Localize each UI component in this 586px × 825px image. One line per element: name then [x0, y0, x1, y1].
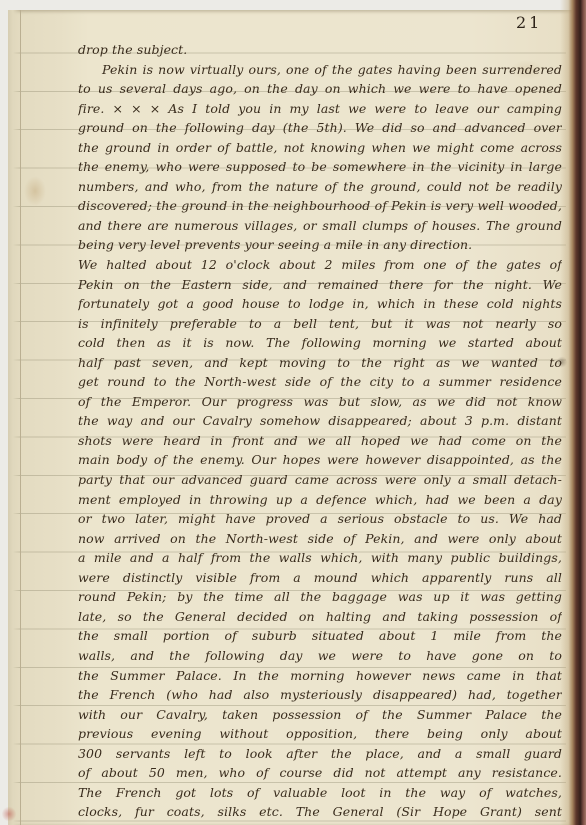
manuscript-line: and there are numerous villages, or smal…: [78, 216, 562, 236]
manuscript-line: the French (who had also mysteriously di…: [78, 685, 562, 705]
manuscript-line: to us several days ago, on the day on wh…: [78, 79, 562, 99]
manuscript-line: main body of the enemy. Our hopes were h…: [78, 450, 562, 470]
manuscript-line: Pekin is now virtually ours, one of the …: [78, 60, 562, 80]
manuscript-line: previous evening without opposition, the…: [78, 724, 562, 744]
manuscript-line: fire. × × × As I told you in my last we …: [78, 99, 562, 119]
manuscript-line: ground on the following day (the 5th). W…: [78, 118, 562, 138]
manuscript-line: The French got lots of valuable loot in …: [78, 783, 562, 803]
manuscript-line: of the Emperor. Our progress was but slo…: [78, 392, 562, 412]
binding-gutter: [8, 10, 21, 825]
manuscript-line: the way and our Cavalry somehow disappea…: [78, 411, 562, 431]
manuscript-line: now arrived on the North-west side of Pe…: [78, 529, 562, 549]
manuscript-line: clocks, fur coats, silks etc. The Genera…: [78, 802, 562, 822]
page-number: 21: [516, 13, 556, 32]
manuscript-line: or two later, might have proved a seriou…: [78, 509, 562, 529]
manuscript-line: party that our advanced guard came acros…: [78, 470, 562, 490]
manuscript-line: cold then as it is now. The following mo…: [78, 333, 562, 353]
manuscript-line: shots were heard in front and we all hop…: [78, 431, 562, 451]
manuscript-line: We halted about 12 o'clock about 2 miles…: [78, 255, 562, 275]
manuscript-line: half past seven, and kept moving to the …: [78, 353, 562, 373]
manuscript-line: the Summer Palace. In the morning howeve…: [78, 666, 562, 686]
manuscript-line: of about 50 men, who of course did not a…: [78, 763, 562, 783]
manuscript-line: walls, and the following day we were to …: [78, 646, 562, 666]
manuscript-line: numbers, and who, from the nature of the…: [78, 177, 562, 197]
manuscript-line: ment employed in throwing up a defence w…: [78, 490, 562, 510]
manuscript-line: get round to the North-west side of the …: [78, 372, 562, 392]
manuscript-line: is infinitely preferable to a bell tent,…: [78, 314, 562, 334]
manuscript-line: round Pekin; by the time all the baggage…: [78, 587, 562, 607]
manuscript-line: the ground in order of battle, not knowi…: [78, 138, 562, 158]
book-edge: [560, 0, 586, 825]
manuscript-line: 300 servants left to look after the plac…: [78, 744, 562, 764]
manuscript-line: fortunately got a good house to lodge in…: [78, 294, 562, 314]
handwritten-text: drop the subject.Pekin is now virtually …: [78, 40, 562, 822]
manuscript-line: drop the subject.: [78, 40, 562, 60]
manuscript-line: a mile and a half from the walls which, …: [78, 548, 562, 568]
manuscript-line: the enemy, who were supposed to be somew…: [78, 157, 562, 177]
manuscript-line: late, so the General decided on halting …: [78, 607, 562, 627]
manuscript-line: were distinctly visible from a mound whi…: [78, 568, 562, 588]
manuscript-line: being very level prevents your seeing a …: [78, 235, 562, 255]
manuscript-line: the small portion of suburb situated abo…: [78, 626, 562, 646]
manuscript-line: with our Cavalry, taken possession of th…: [78, 705, 562, 725]
manuscript-line: discovered; the ground in the neighbourh…: [78, 196, 562, 216]
manuscript-scan: 21 drop the subject.Pekin is now virtual…: [0, 0, 586, 825]
manuscript-line: Pekin on the Eastern side, and remained …: [78, 275, 562, 295]
